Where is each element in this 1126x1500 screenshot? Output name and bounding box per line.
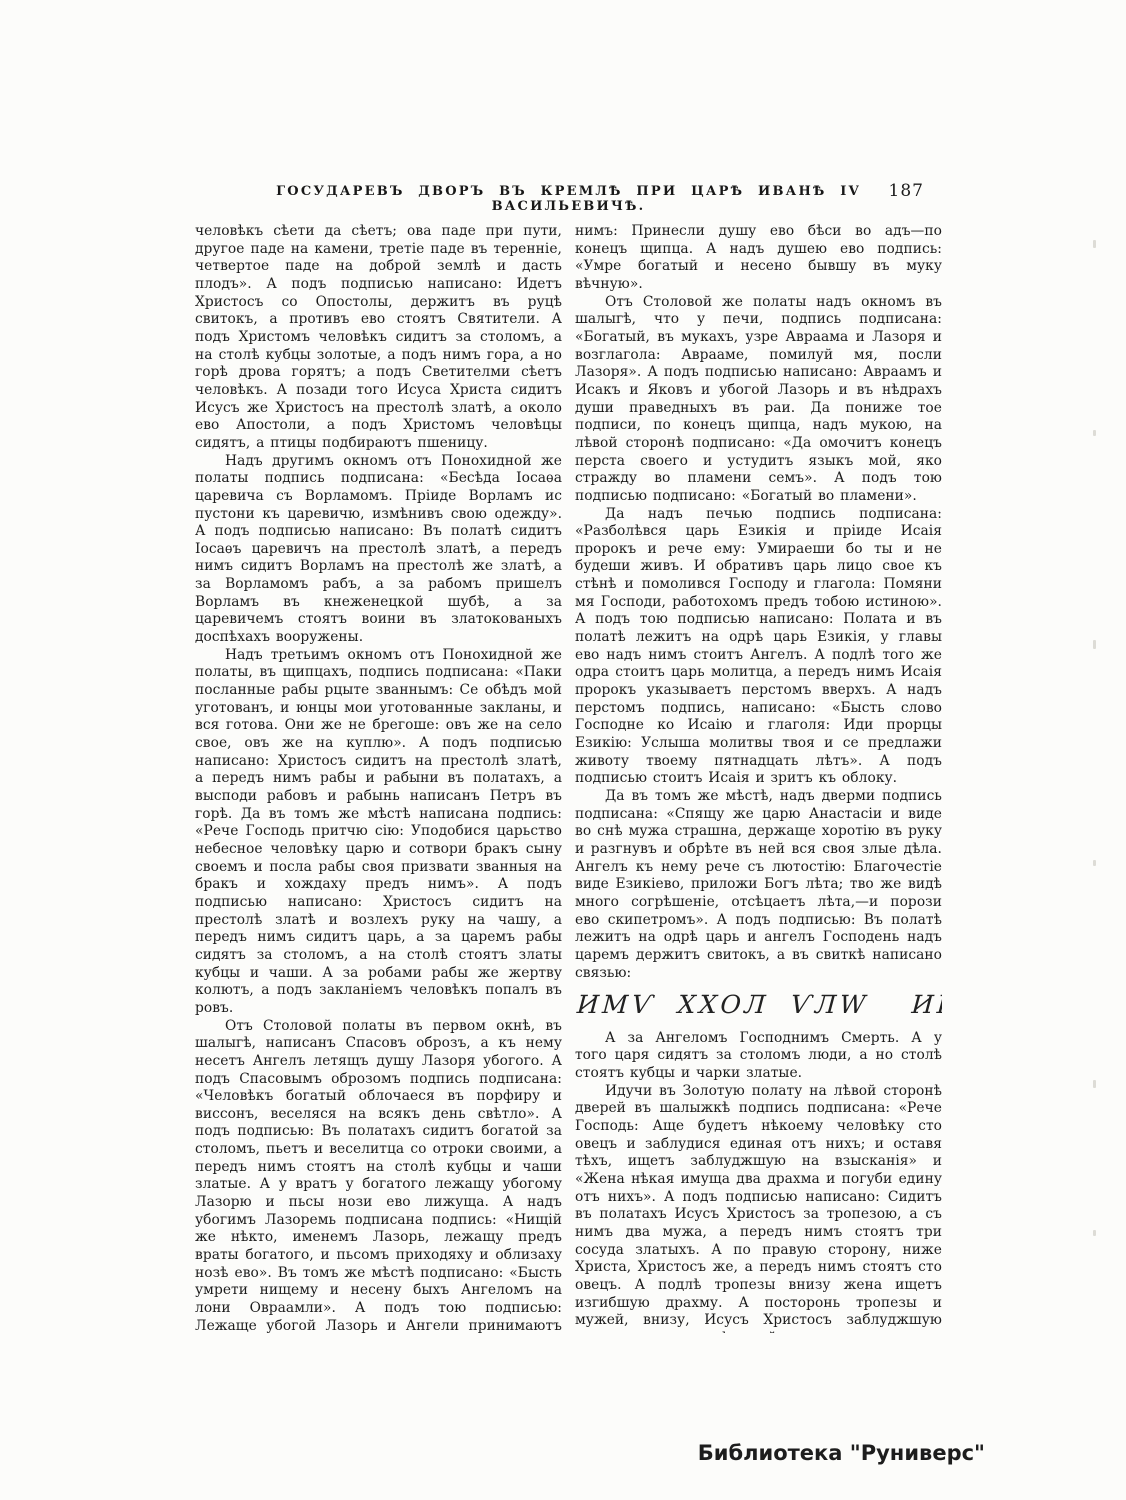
page-number: 187: [889, 181, 924, 201]
paragraph: Надъ другимъ окномъ отъ Понохидной же по…: [195, 453, 562, 647]
scan-artifact: [1093, 1230, 1096, 1236]
scan-artifact: [1093, 430, 1096, 436]
text-columns: человѣкъ сѣети да сѣетъ; ова паде при пу…: [195, 223, 942, 1333]
paragraph: Идучи въ Золотую полату на лѣвой сторонѣ…: [575, 1083, 942, 1333]
right-column: нимъ: Принесли душу ево бѣси во адъ—по к…: [575, 223, 942, 1333]
paragraph: Отъ Столовой полаты въ первом окнѣ, въ ш…: [195, 1018, 562, 1333]
paragraph: Отъ Столовой же полаты надъ окномъ въ ша…: [575, 294, 942, 506]
paragraph: Да надъ печью подпись подписана: «Разбол…: [575, 506, 942, 789]
cipher-inscription: ИМѴ ХХОЛ ѴЛW ИНА ХХНЭ ѴМІ: [576, 989, 942, 1022]
scan-artifact: [1093, 1080, 1096, 1088]
running-head: ГОСУДАРЕВЪ ДВОРЪ ВЪ КРЕМЛѢ ПРИ ЦАРѢ ИВАН…: [195, 184, 942, 214]
paragraph: Надъ третьимъ окномъ отъ Понохидной же п…: [195, 647, 562, 1018]
scan-artifact: [1093, 240, 1096, 248]
library-watermark: Библиотека "Руниверс": [698, 1441, 985, 1465]
paragraph: А за Ангеломъ Господнимъ Смерть. А у тог…: [575, 1030, 942, 1083]
book-page: ГОСУДАРЕВЪ ДВОРЪ ВЪ КРЕМЛѢ ПРИ ЦАРѢ ИВАН…: [0, 0, 1126, 1500]
scan-artifact: [1093, 860, 1096, 866]
scan-artifact: [1093, 640, 1096, 649]
page-header: ГОСУДАРЕВЪ ДВОРЪ ВЪ КРЕМЛѢ ПРИ ЦАРѢ ИВАН…: [195, 184, 942, 214]
paragraph: нимъ: Принесли душу ево бѣси во адъ—по к…: [575, 223, 942, 294]
paragraph: Да въ томъ же мѣстѣ, надъ дверми подпись…: [575, 788, 942, 982]
paragraph: человѣкъ сѣети да сѣетъ; ова паде при пу…: [195, 223, 562, 453]
left-column: человѣкъ сѣети да сѣетъ; ова паде при пу…: [195, 223, 562, 1333]
